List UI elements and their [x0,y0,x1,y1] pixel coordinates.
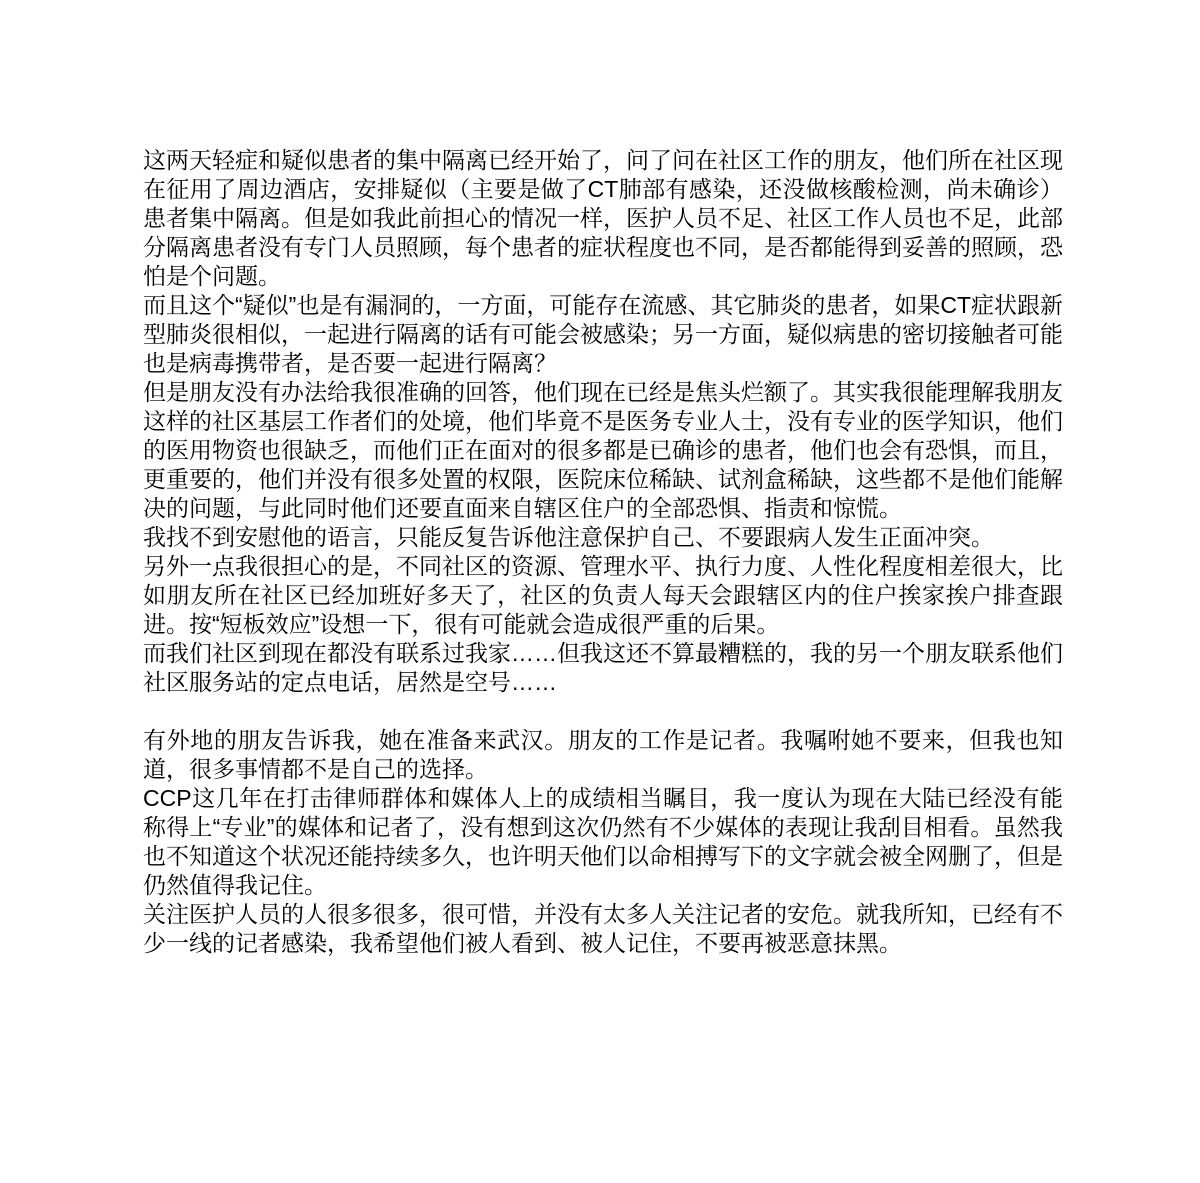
blank-line [143,697,1063,726]
document-page: 这两天轻症和疑似患者的集中隔离已经开始了，问了问在社区工作的朋友，他们所在社区现… [143,146,1063,958]
paragraph: 我找不到安慰他的语言，只能反复告诉他注意保护自己、不要跟病人发生正面冲突。 [143,523,1063,552]
paragraph: 有外地的朋友告诉我，她在准备来武汉。朋友的工作是记者。我嘱咐她不要来，但我也知道… [143,726,1063,784]
paragraph: 但是朋友没有办法给我很准确的回答，他们现在已经是焦头烂额了。其实我很能理解我朋友… [143,378,1063,523]
paragraph: CCP这几年在打击律师群体和媒体人上的成绩相当瞩目，我一度认为现在大陆已经没有能… [143,784,1063,900]
paragraph: 而且这个“疑似”也是有漏洞的，一方面，可能存在流感、其它肺炎的患者，如果CT症状… [143,291,1063,378]
paragraph: 另外一点我很担心的是，不同社区的资源、管理水平、执行力度、人性化程度相差很大，比… [143,552,1063,639]
paragraph: 这两天轻症和疑似患者的集中隔离已经开始了，问了问在社区工作的朋友，他们所在社区现… [143,146,1063,291]
paragraph: 关注医护人员的人很多很多，很可惜，并没有太多人关注记者的安危。就我所知，已经有不… [143,900,1063,958]
paragraph: 而我们社区到现在都没有联系过我家……但我这还不算最糟糕的，我的另一个朋友联系他们… [143,639,1063,697]
